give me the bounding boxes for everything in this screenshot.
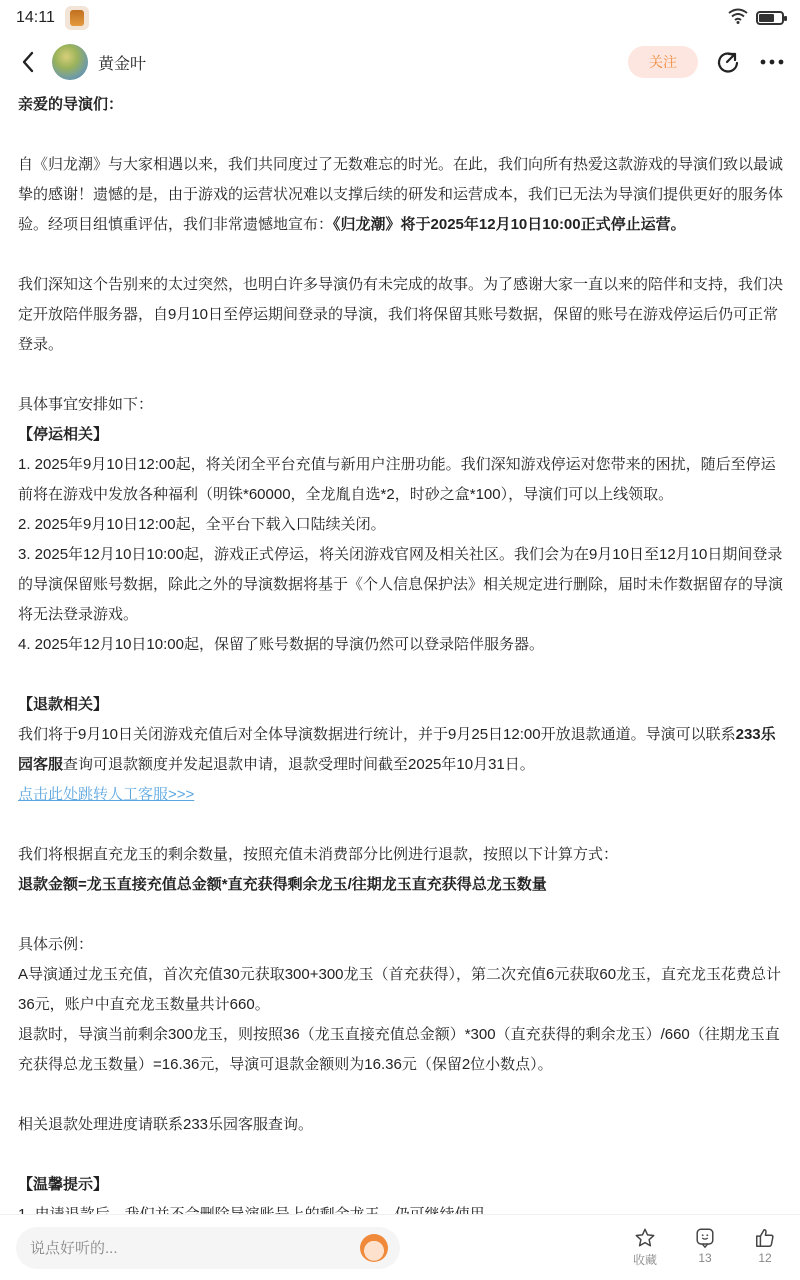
favorite-label: 收藏 xyxy=(633,1251,657,1268)
like-button[interactable]: 12 xyxy=(750,1227,780,1268)
refund-paragraph: 我们将于9月10日关闭游戏充值后对全体导演数据进行统计，并于9月25日12:00… xyxy=(18,720,784,780)
article-body: 亲爱的导演们： 自《归龙潮》与大家相遇以来，我们共同度过了无数难忘的时光。在此，… xyxy=(18,90,784,1230)
wifi-icon xyxy=(728,8,748,29)
battery-icon xyxy=(756,11,784,25)
post-actions: 收藏 13 12 xyxy=(630,1227,784,1268)
author-avatar[interactable] xyxy=(52,44,88,80)
example-text: A导演通过龙玉充值，首次充值30元获取300+300龙玉（首充获得），第二次充值… xyxy=(18,960,784,1020)
comment-input[interactable]: 说点好听的... xyxy=(16,1227,400,1269)
shutdown-item: 1. 2025年9月10日12:00起，将关闭全平台充值与新用户注册功能。我们深… xyxy=(18,450,784,510)
refund-text-deadline: 查询可退款额度并发起退款申请，退款受理时间截至2025年10月31日。 xyxy=(63,756,535,773)
bottom-action-bar: 说点好听的... 收藏 13 12 xyxy=(0,1214,800,1280)
refund-progress-note: 相关退款处理进度请联系233乐园客服查询。 xyxy=(18,1110,784,1140)
share-button[interactable] xyxy=(714,48,742,76)
thumbs-up-icon xyxy=(754,1227,776,1249)
section-title-tips: 【温馨提示】 xyxy=(18,1170,784,1200)
shutdown-announcement: 《归龙潮》将于2025年12月10日10:00正式停止运营。 xyxy=(333,216,686,233)
shutdown-item: 2. 2025年9月10日12:00起，全平台下载入口陆续关闭。 xyxy=(18,510,784,540)
comment-button[interactable]: 13 xyxy=(690,1227,720,1268)
post-header: 黄金叶 关注 xyxy=(0,40,800,84)
refund-text: 我们将于9月10日关闭游戏充值后对全体导演数据进行统计，并于9月25日12:00… xyxy=(18,726,736,743)
example-calculation: 退款时，导演当前剩余300龙玉，则按照36（龙玉直接充值总金额）*300（直充获… xyxy=(18,1020,784,1080)
notification-app-icon xyxy=(65,6,89,30)
greeting: 亲爱的导演们： xyxy=(18,90,784,120)
comment-count: 13 xyxy=(698,1251,711,1265)
emoji-sticker-button[interactable] xyxy=(360,1234,388,1262)
author-name[interactable]: 黄金叶 xyxy=(98,51,146,74)
share-icon xyxy=(716,50,740,74)
shutdown-item: 4. 2025年12月10日10:00起，保留了账号数据的导演仍然可以登录陪伴服… xyxy=(18,630,784,660)
arrangement-intro: 具体事宜安排如下： xyxy=(18,390,784,420)
chevron-left-icon xyxy=(21,51,35,73)
comment-placeholder: 说点好听的... xyxy=(30,1237,118,1258)
example-title: 具体示例： xyxy=(18,930,784,960)
back-button[interactable] xyxy=(14,48,42,76)
section-title-shutdown: 【停运相关】 xyxy=(18,420,784,450)
status-time: 14:11 xyxy=(16,9,55,27)
refund-method-intro: 我们将根据直充龙玉的剩余数量，按照充值未消费部分比例进行退款，按照以下计算方式： xyxy=(18,840,784,870)
paragraph-intro: 自《归龙潮》与大家相遇以来，我们共同度过了无数难忘的时光。在此，我们向所有热爱这… xyxy=(18,150,784,240)
section-title-refund: 【退款相关】 xyxy=(18,690,784,720)
customer-service-link[interactable]: 点击此处跳转人工客服>>> xyxy=(18,786,194,803)
more-options-button[interactable] xyxy=(758,48,786,76)
refund-formula: 退款金额=龙玉直接充值总金额*直充获得剩余龙玉/往期龙玉直充获得总龙玉数量 xyxy=(18,870,784,900)
like-count: 12 xyxy=(758,1251,771,1265)
follow-button[interactable]: 关注 xyxy=(628,46,698,78)
comment-icon xyxy=(694,1227,716,1249)
shutdown-item: 3. 2025年12月10日10:00起，游戏正式停运，将关闭游戏官网及相关社区… xyxy=(18,540,784,630)
favorite-button[interactable]: 收藏 xyxy=(630,1227,660,1268)
status-bar: 14:11 xyxy=(0,0,800,36)
star-icon xyxy=(634,1227,656,1249)
status-indicators xyxy=(728,8,784,29)
paragraph-companion-server: 我们深知这个告别来的太过突然，也明白许多导演仍有未完成的故事。为了感谢大家一直以… xyxy=(18,270,784,360)
more-icon xyxy=(760,59,784,65)
